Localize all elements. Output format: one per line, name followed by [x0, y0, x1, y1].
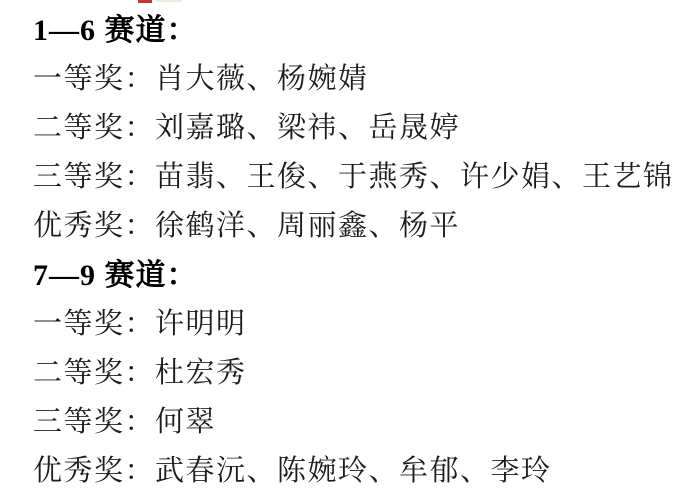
- section-track-1-6: 1—6 赛道： 一等奖：肖大薇、杨婉婧 二等奖：刘嘉璐、梁祎、岳晟婷 三等奖：苗…: [33, 6, 665, 251]
- track-1-6-heading: 1—6 赛道：: [33, 6, 665, 55]
- document-page: 1—6 赛道： 一等奖：肖大薇、杨婉婧 二等奖：刘嘉璐、梁祎、岳晟婷 三等奖：苗…: [0, 0, 685, 504]
- award-line-first-prize: 一等奖：肖大薇、杨婉婧: [33, 55, 665, 104]
- cropped-red-text-artifact: [138, 0, 152, 3]
- award-line-excellence-prize: 优秀奖：徐鹤洋、周丽鑫、杨平: [33, 202, 665, 251]
- award-line-third-prize: 三等奖：苗翡、王俊、于燕秀、许少娟、王艺锦: [33, 153, 665, 202]
- track-7-9-heading: 7—9 赛道：: [33, 251, 665, 300]
- section-track-7-9: 7—9 赛道： 一等奖：许明明 二等奖：杜宏秀 三等奖：何翠 优秀奖：武春沅、陈…: [33, 251, 665, 496]
- award-line-first-prize: 一等奖：许明明: [33, 300, 665, 349]
- award-line-second-prize: 二等奖：刘嘉璐、梁祎、岳晟婷: [33, 104, 665, 153]
- cropped-text-artifact: [156, 0, 182, 2]
- award-line-second-prize: 二等奖：杜宏秀: [33, 349, 665, 398]
- award-line-excellence-prize: 优秀奖：武春沅、陈婉玲、牟郁、李玲: [33, 447, 665, 496]
- award-line-third-prize: 三等奖：何翠: [33, 398, 665, 447]
